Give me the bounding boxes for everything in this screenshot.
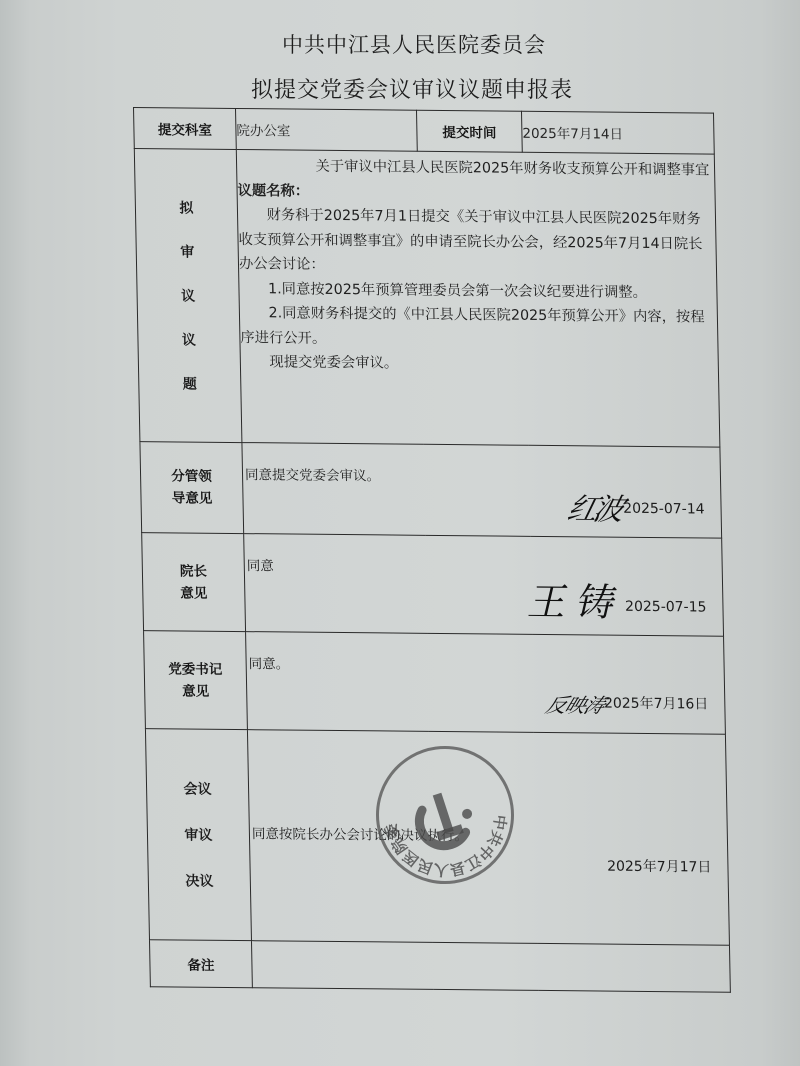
meeting-decision-text: 同意按院长办公会讨论的决议执行。 [252, 822, 468, 844]
label-line: 院长 [143, 560, 244, 583]
label-line: 审议 [184, 825, 212, 845]
topic-label-char: 议 [182, 329, 196, 349]
label-line: 意见 [145, 680, 246, 703]
remark-row: 备注 [149, 940, 730, 993]
secretary-opinion: 同意。 反映涛 2025年7月16日 [246, 632, 725, 734]
label-line: 导意见 [141, 487, 242, 510]
leader-signature: 红波 [564, 484, 626, 528]
topic-name-value: 关于审议中江县人民医院2025年财务收支预算公开和调整事宜 [307, 155, 710, 208]
topic-section-label: 拟 审 议 议 题 [134, 149, 242, 443]
leader-opinion-date: 2025-07-14 [623, 501, 705, 518]
topic-row: 拟 审 议 议 题 议题名称： 关于审议中江县人民医院2025年财务收支预算公开… [134, 149, 720, 448]
secretary-signature: 反映涛 [542, 689, 609, 718]
label-line: 党委书记 [145, 658, 246, 681]
topic-label-char: 拟 [179, 197, 193, 217]
topic-label-char: 审 [180, 241, 194, 261]
president-opinion-row: 院长 意见 同意 王铸 2025-07-15 [142, 533, 724, 637]
submission-time-label: 提交时间 [416, 110, 522, 152]
application-form: 提交科室 院办公室 提交时间 2025年7月14日 拟 审 议 议 题 [133, 107, 730, 993]
president-opinion-date: 2025-07-15 [625, 599, 707, 616]
leader-opinion: 同意提交党委会审议。 红波 2025-07-14 [242, 443, 721, 538]
topic-name-label: 议题名称： [237, 179, 309, 204]
meeting-decision: 同意按院长办公会讨论的决议执行。 2025年7月17日 [248, 730, 729, 945]
organization-title: 中共中江县人民医院委员会 [14, 29, 800, 59]
submission-row: 提交科室 院办公室 提交时间 2025年7月14日 [134, 108, 715, 155]
secretary-opinion-label: 党委书记 意见 [144, 631, 248, 730]
leader-opinion-label: 分管领 导意见 [140, 442, 244, 534]
topic-paragraph: 财务科于2025年7月1日提交《关于审议中江县人民医院2025年财务收支预算公开… [238, 203, 712, 281]
label-line: 决议 [185, 871, 213, 891]
leader-opinion-text: 同意提交党委会审议。 [245, 463, 380, 484]
department-value: 院办公室 [236, 108, 418, 151]
president-opinion-text: 同意 [247, 554, 274, 574]
form-title: 拟提交党委会议审议议题申报表 [12, 73, 800, 104]
president-opinion: 同意 王铸 2025-07-15 [244, 534, 723, 636]
secretary-opinion-date: 2025年7月16日 [604, 693, 709, 714]
president-opinion-label: 院长 意见 [142, 533, 246, 632]
topic-content-cell: 议题名称： 关于审议中江县人民医院2025年财务收支预算公开和调整事宜 财务科于… [236, 149, 720, 447]
topic-name-row: 议题名称： 关于审议中江县人民医院2025年财务收支预算公开和调整事宜 [237, 154, 711, 208]
meeting-decision-date: 2025年7月17日 [607, 856, 712, 877]
remark-label: 备注 [149, 940, 252, 988]
form-table: 提交科室 院办公室 提交时间 2025年7月14日 拟 审 议 议 题 [133, 107, 731, 993]
topic-vertical-label: 拟 审 议 议 题 [136, 197, 241, 394]
document-page: 中共中江县人民医院委员会 拟提交党委会议审议议题申报表 提交科室 院办公室 提交… [0, 0, 800, 1066]
department-label: 提交科室 [134, 108, 237, 150]
topic-label-char: 议 [181, 285, 195, 305]
president-signature: 王铸 [526, 571, 623, 627]
topic-content: 议题名称： 关于审议中江县人民医院2025年财务收支预算公开和调整事宜 财务科于… [237, 150, 720, 447]
meeting-vertical-label: 会议 审议 决议 [147, 778, 250, 891]
secretary-opinion-text: 同意。 [248, 652, 289, 672]
label-line: 意见 [143, 582, 244, 605]
leader-opinion-cell: 同意提交党委会审议。 红波 2025-07-14 [242, 443, 722, 539]
meeting-decision-label: 会议 审议 决议 [145, 729, 251, 941]
meeting-decision-cell: 同意按院长办公会讨论的决议执行。 2025年7月17日 [247, 730, 729, 946]
topic-label-char: 题 [183, 373, 197, 393]
remark-value [251, 941, 730, 993]
label-line: 分管领 [141, 465, 242, 488]
topic-paragraph: 2.同意财务科提交的《中江县人民医院2025年预算公开》内容，按程序进行公开。 [240, 301, 714, 355]
secretary-opinion-cell: 同意。 反映涛 2025年7月16日 [246, 632, 726, 735]
submission-time-value: 2025年7月14日 [521, 111, 714, 154]
secretary-opinion-row: 党委书记 意见 同意。 反映涛 2025年7月16日 [144, 631, 726, 735]
meeting-decision-row: 会议 审议 决议 同意按院长办公会讨论的决议执行。 2025年7月17日 [145, 729, 729, 946]
topic-paragraph: 现提交党委会审议。 [241, 350, 714, 379]
president-opinion-cell: 同意 王铸 2025-07-15 [244, 534, 724, 637]
leader-opinion-row: 分管领 导意见 同意提交党委会审议。 红波 2025-07-14 [140, 442, 722, 539]
label-line: 会议 [183, 779, 211, 799]
